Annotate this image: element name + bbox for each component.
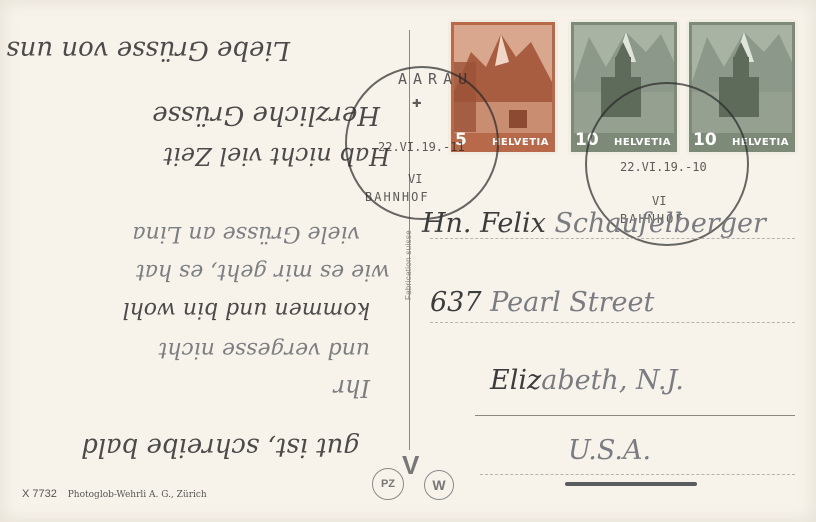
- fabrication-text: Fabrication suisse: [404, 230, 413, 300]
- pz-logo-icon: PZ: [372, 468, 404, 500]
- address-rule: [430, 238, 795, 239]
- message-line: Ihr: [334, 374, 370, 402]
- address-rule: [430, 322, 795, 323]
- address-rule: [480, 474, 795, 475]
- underline-stroke: [565, 482, 697, 486]
- address-rule: [475, 415, 795, 416]
- address-line-2: 637 Pearl Street: [430, 287, 654, 318]
- message-line: kommen und bin wohl: [123, 297, 370, 322]
- address-line-4: U.S.A.: [568, 435, 651, 466]
- address-line-1: Hn. Felix Schaufelberger: [422, 208, 766, 239]
- publisher-line: X 7732 Photoglob-Wehrli A. G., Zürich: [22, 488, 207, 500]
- postmark-1-code: VI: [408, 172, 422, 186]
- postmark-1-town: AARAU: [398, 70, 473, 88]
- handwritten-message: gut ist, schreibe bald Ihr und vergesse …: [0, 0, 400, 470]
- w-logo-icon: W: [424, 470, 454, 500]
- swiss-cross-icon: ✚: [412, 92, 422, 111]
- postmark-1-station: BAHNHOF: [365, 190, 430, 204]
- message-line: viele Grüsse an Lina: [132, 221, 360, 246]
- message-line: Liebe Grüsse von uns allen: [0, 35, 290, 65]
- message-line: wie es mir geht, es hat: [136, 259, 390, 284]
- postmark-2-date: 22.VI.19.-10: [620, 160, 707, 174]
- postcard: gut ist, schreibe bald Ihr und vergesse …: [0, 0, 816, 522]
- postmark-2-code: VI: [652, 194, 666, 208]
- message-line: und vergesse nicht: [158, 337, 370, 362]
- message-line: gut ist, schreibe bald: [81, 432, 360, 462]
- address-line-3: Elizabeth, N.J.: [490, 365, 684, 396]
- postmark-1-date: 22.VI.19.-11: [378, 140, 465, 154]
- v-logo-icon: V: [402, 450, 419, 481]
